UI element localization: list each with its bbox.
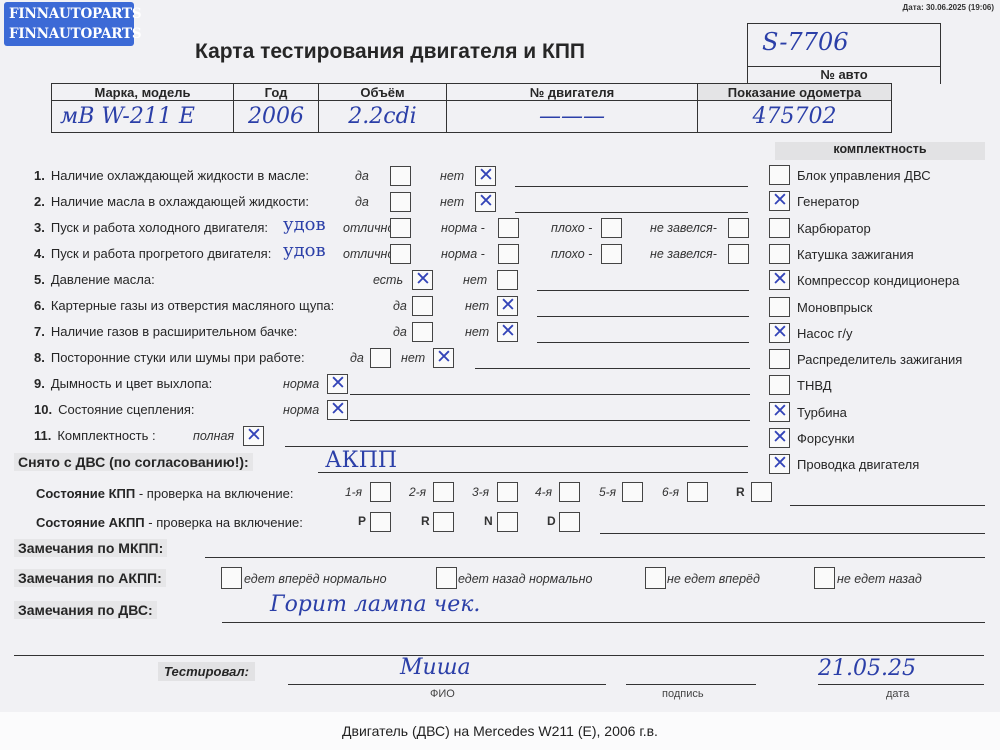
date-line [818,684,984,685]
akpp-remark-checkbox[interactable] [436,567,457,589]
check-note: удов [283,240,326,261]
removed-value: АКПП [325,448,397,473]
checkbox[interactable] [327,374,348,394]
komplektnost-item: Компрессор кондиционера [797,273,959,288]
check-note: удов [283,214,326,235]
gear-label: N [484,514,493,528]
check-label: 7.Наличие газов в расширительном бачке: [34,324,297,339]
komplektnost-item: ТНВД [797,378,832,393]
gear-label: 1-я [345,485,362,499]
brand-logo: FINNAUTOPARTS FINNAUTOPARTS [4,2,134,46]
komplektnost-checkbox[interactable] [769,375,790,395]
checkbox[interactable] [390,218,411,238]
option-label: норма [283,377,319,391]
comment-line[interactable] [350,420,750,421]
check-label: 5.Давление масла: [34,272,155,287]
komplektnost-item: Моновпрыск [797,300,872,315]
logo-text-1: FINNAUTOPARTS [9,4,134,24]
col-brand-model: Марка, модель [52,84,234,101]
option-label: есть [373,273,403,287]
check-label: 11.Комплектность : [34,428,156,443]
tested-label: Тестировал: [158,662,255,681]
tested-name: Миша [400,655,471,680]
komplektnost-checkbox[interactable] [769,349,790,369]
remarks-akpp-label: Замечания по АКПП: [14,569,166,587]
checkbox[interactable] [433,348,454,368]
option-label: нет [440,169,464,183]
check-label: 10.Состояние сцепления: [34,402,195,417]
checkbox[interactable] [475,192,496,212]
option-label: нет [465,325,489,339]
checkbox[interactable] [728,218,749,238]
akpp-remark-checkbox[interactable] [814,567,835,589]
auto-number-value: S-7706 [762,28,849,56]
option-label: полная [193,429,234,443]
check-label: 1.Наличие охлаждающей жидкости в масле: [34,168,309,183]
checkbox[interactable] [327,400,348,420]
logo-text-2: FINNAUTOPARTS [9,24,134,44]
gear-checkbox[interactable] [433,512,454,532]
gear-label: P [358,514,366,528]
akpp-remark-label: не едет назад [837,572,922,586]
akpp-line [600,533,985,534]
remarks-dvs-label: Замечания по ДВС: [14,601,157,619]
col-year: Год [234,84,319,101]
komplektnost-checkbox[interactable] [769,402,790,422]
gear-checkbox[interactable] [497,482,518,502]
akpp-remark-label: не едет вперёд [667,572,760,586]
vehicle-info-table: Марка, модель Год Объём № двигателя Пока… [51,83,892,133]
check-label: 8.Посторонние стуки или шумы при работе: [34,350,305,365]
komplektnost-item: Генератор [797,194,859,209]
komplektnost-checkbox[interactable] [769,323,790,343]
checkbox[interactable] [497,322,518,342]
comment-line[interactable] [515,186,748,187]
name-line [288,684,606,685]
checkbox[interactable] [498,244,519,264]
komplektnost-item: Насос г/у [797,326,852,341]
check-label: 3.Пуск и работа холодного двигателя: [34,220,268,235]
signature-caption: подпись [662,688,704,700]
signature-line [626,684,756,685]
gear-checkbox[interactable] [370,482,391,502]
removed-line [318,472,748,473]
option-label: нет [401,351,425,365]
check-label: 2.Наличие масла в охлаждающей жидкости: [34,194,309,209]
comment-line[interactable] [475,368,750,369]
gear-checkbox[interactable] [559,512,580,532]
option-label: да [393,325,407,339]
option-label: не завелся- [650,221,717,235]
option-label: не завелся- [650,247,717,261]
brand-model-value: мВ W-211 E [60,104,195,129]
auto-number-box: S-7706 № авто [747,23,941,84]
komplektnost-item: Распределитель зажигания [797,352,962,367]
comment-line[interactable] [350,394,750,395]
check-label: 4.Пуск и работа прогретого двигателя: [34,246,271,261]
volume-value: 2.2cdi [348,104,416,129]
gear-checkbox[interactable] [751,482,772,502]
akpp-remark-label: едет вперёд нормально [244,572,387,586]
values-row: мВ W-211 E 2006 2.2cdi ——— 475702 [52,101,892,133]
checkbox[interactable] [601,218,622,238]
komplektnost-header: комплектность [775,142,985,160]
option-label: норма [283,403,319,417]
komplektnost-checkbox[interactable] [769,165,790,185]
option-label: нет [440,195,464,209]
komplektnost-checkbox[interactable] [769,270,790,290]
checkbox[interactable] [412,322,433,342]
option-label: нет [463,273,487,287]
akpp-remark-checkbox[interactable] [645,567,666,589]
komplektnost-checkbox[interactable] [769,428,790,448]
removed-label: Снято с ДВС (по согласованию!): [14,453,253,471]
kpp-label: Состояние КПП - проверка на включение: [36,486,293,501]
checkbox[interactable] [370,348,391,368]
akpp-remark-checkbox[interactable] [221,567,242,589]
option-label: да [355,195,369,209]
auto-number-label: № авто [748,66,940,84]
checkbox[interactable] [475,166,496,186]
tested-date: 21.05.25 [818,656,916,681]
akpp-label: Состояние АКПП - проверка на включение: [36,515,303,530]
check-label: 9.Дымность и цвет выхлопа: [34,376,212,391]
checkbox[interactable] [243,426,264,446]
komplektnost-checkbox[interactable] [769,191,790,211]
image-caption: Двигатель (ДВС) на Mercedes W211 (E), 20… [0,712,1000,750]
checkbox[interactable] [497,296,518,316]
komplektnost-checkbox[interactable] [769,297,790,317]
comment-line[interactable] [285,446,748,447]
checkbox[interactable] [412,296,433,316]
option-label: плохо - [551,221,592,235]
remarks-dvs-line [222,622,985,623]
engine-number-value: ——— [539,104,605,129]
komplektnost-item: Проводка двигателя [797,457,919,472]
comment-line[interactable] [515,212,748,213]
odometer-value: 475702 [753,104,837,129]
komplektnost-checkbox[interactable] [769,244,790,264]
gear-label: 6-я [662,485,679,499]
remarks-dvs-value: Горит лампа чек. [270,592,480,617]
check-label: 6.Картерные газы из отверстия масляного … [34,298,334,313]
gear-label: 5-я [599,485,616,499]
date-caption: дата [886,688,909,700]
option-label: норма - [441,247,485,261]
gear-label: 4-я [535,485,552,499]
gear-label: R [421,514,430,528]
option-label: да [355,169,369,183]
gear-checkbox[interactable] [370,512,391,532]
checkbox[interactable] [390,166,411,186]
year-value: 2006 [248,104,304,129]
gear-label: 2-я [409,485,426,499]
komplektnost-item: Катушка зажигания [797,247,914,262]
option-label: плохо - [551,247,592,261]
option-label: нет [465,299,489,313]
checkbox[interactable] [412,270,433,290]
gear-checkbox[interactable] [497,512,518,532]
checkbox[interactable] [390,192,411,212]
gear-label: 3-я [472,485,489,499]
option-label: да [350,351,364,365]
komplektnost-item: Форсунки [797,431,854,446]
komplektnost-checkbox[interactable] [769,218,790,238]
gear-checkbox[interactable] [687,482,708,502]
checkbox[interactable] [728,244,749,264]
col-odometer: Показание одометра [698,84,892,101]
remarks-mkpp-line[interactable] [205,557,985,558]
col-engine-number: № двигателя [447,84,698,101]
komplektnost-item: Карбюратор [797,221,871,236]
gear-checkbox[interactable] [433,482,454,502]
date-stamp: Дата: 30.06.2025 (19:06) [903,3,994,12]
checkbox[interactable] [497,270,518,290]
checkbox[interactable] [498,218,519,238]
checkbox[interactable] [601,244,622,264]
gear-label: D [547,514,556,528]
name-caption: ФИО [430,688,455,700]
form-title: Карта тестирования двигателя и КПП [195,40,585,64]
remarks-mkpp-label: Замечания по МКПП: [14,539,167,557]
option-label: норма - [441,221,485,235]
checkbox[interactable] [390,244,411,264]
komplektnost-item: Турбина [797,405,847,420]
gear-label: R [736,485,745,499]
option-label: да [393,299,407,313]
header-row: Марка, модель Год Объём № двигателя Пока… [52,84,892,101]
kpp-line [790,505,985,506]
comment-line[interactable] [537,342,749,343]
test-card-sheet: FINNAUTOPARTS FINNAUTOPARTS Дата: 30.06.… [0,0,1000,712]
gear-checkbox[interactable] [622,482,643,502]
komplektnost-item: Блок управления ДВС [797,168,931,183]
comment-line[interactable] [537,316,749,317]
col-volume: Объём [319,84,447,101]
comment-line[interactable] [537,290,749,291]
gear-checkbox[interactable] [559,482,580,502]
akpp-remark-label: едет назад нормально [458,572,592,586]
komplektnost-checkbox[interactable] [769,454,790,474]
